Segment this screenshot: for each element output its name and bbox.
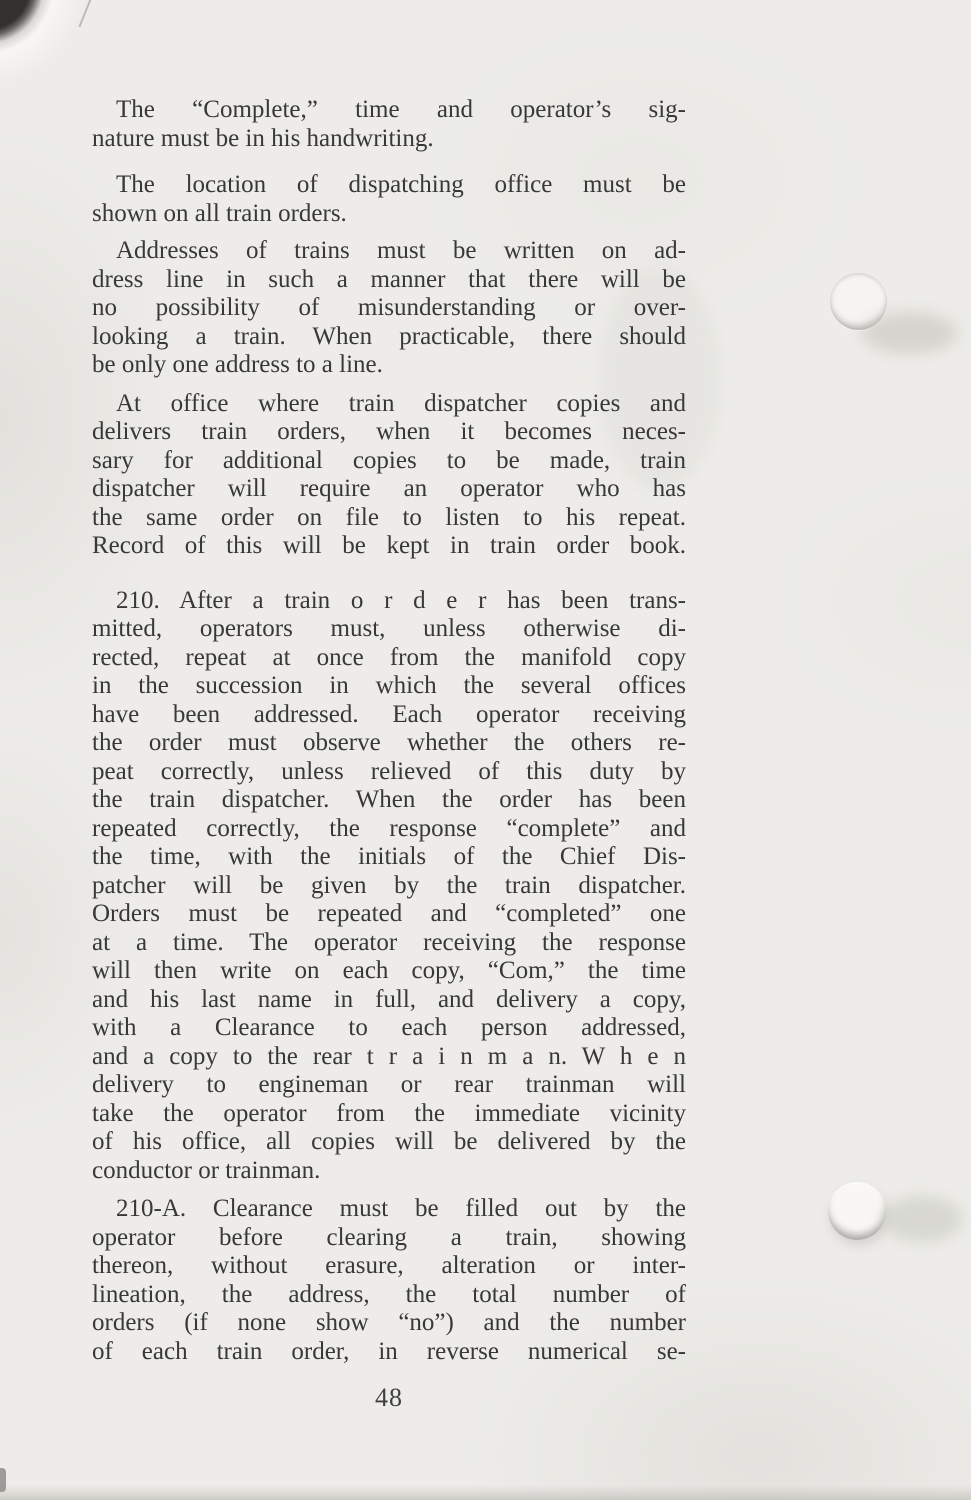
text-line: will then write on each copy, “Com,” the… — [92, 957, 686, 986]
text-line: thereon, without erasure, alteration or … — [92, 1252, 686, 1281]
text-line: with a Clearance to each person addresse… — [92, 1014, 686, 1043]
paragraph-complete-signature: The “Complete,” time and operator’s sig-… — [92, 96, 686, 153]
paragraph-dispatcher-copies: At office where train dispatcher copies … — [92, 390, 686, 561]
text-line: shown on all train orders. — [92, 200, 686, 229]
text-line: sary for additional copies to be made, t… — [92, 447, 686, 476]
text-line: nature must be in his handwriting. — [92, 125, 686, 154]
paper-smudge — [862, 312, 957, 354]
text-line: Record of this will be kept in train ord… — [92, 532, 686, 561]
text-line: the train dispatcher. When the order has… — [92, 786, 686, 815]
text-line: looking a train. When practicable, there… — [92, 323, 686, 352]
text-line: dress line in such a manner that there w… — [92, 266, 686, 295]
text-line: patcher will be given by the train dispa… — [92, 872, 686, 901]
text-line: operator before clearing a train, showin… — [92, 1224, 686, 1253]
text-line: in the succession in which the several o… — [92, 672, 686, 701]
page-number: 48 — [92, 1384, 686, 1413]
text-line: rected, repeat at once from the manifold… — [92, 644, 686, 673]
text-line: no possibility of misunderstanding or ov… — [92, 294, 686, 323]
text-line: of his office, all copies will be delive… — [92, 1128, 686, 1157]
text-line: and a copy to the rear t r a i n m a n. … — [92, 1043, 686, 1072]
text-line: The location of dispatching office must … — [92, 171, 686, 200]
text-line: dispatcher will require an operator who … — [92, 475, 686, 504]
text-line: The “Complete,” time and operator’s sig- — [92, 96, 686, 125]
paper-smudge — [882, 1196, 962, 1242]
paragraph-rule-210-a: 210-A. Clearance must be filled out by t… — [92, 1195, 686, 1366]
page-edge-nick — [0, 1468, 6, 1492]
text-line: the same order on file to listen to his … — [92, 504, 686, 533]
text-line: take the operator from the immediate vic… — [92, 1100, 686, 1129]
text-line: lineation, the address, the total number… — [92, 1281, 686, 1310]
binder-punch-hole-top — [830, 273, 887, 330]
paragraph-addresses-of-trains: Addresses of trains must be written on a… — [92, 237, 686, 380]
text-line: Orders must be repeated and “completed” … — [92, 900, 686, 929]
text-line: the order must observe whether the other… — [92, 729, 686, 758]
paragraph-dispatching-office: The location of dispatching office must … — [92, 171, 686, 228]
text-line: delivers train orders, when it becomes n… — [92, 418, 686, 447]
text-line: 210. After a train o r d e r has been tr… — [92, 587, 686, 616]
text-line: repeated correctly, the response “comple… — [92, 815, 686, 844]
text-line: at a time. The operator receiving the re… — [92, 929, 686, 958]
text-line: 210-A. Clearance must be filled out by t… — [92, 1195, 686, 1224]
text-line: be only one address to a line. — [92, 351, 686, 380]
text-line: of each train order, in reverse numerica… — [92, 1338, 686, 1367]
text-line: the time, with the initials of the Chief… — [92, 843, 686, 872]
text-line: orders (if none show “no”) and the numbe… — [92, 1309, 686, 1338]
binder-punch-hole-bottom — [828, 1182, 886, 1240]
text-line: conductor or trainman. — [92, 1157, 686, 1186]
text-line: Addresses of trains must be written on a… — [92, 237, 686, 266]
text-line: and his last name in full, and delivery … — [92, 986, 686, 1015]
text-line: At office where train dispatcher copies … — [92, 390, 686, 419]
paragraph-rule-210: 210. After a train o r d e r has been tr… — [92, 587, 686, 1186]
scratch-mark — [78, 0, 91, 27]
scanned-page: { "colors": { "paper": "#edece8", "ink":… — [0, 0, 971, 1500]
text-line: have been addressed. Each operator recei… — [92, 701, 686, 730]
text-line: mitted, operators must, unless otherwise… — [92, 615, 686, 644]
page-text: The “Complete,” time and operator’s sig-… — [92, 0, 686, 1413]
text-line: delivery to engineman or rear trainman w… — [92, 1071, 686, 1100]
text-line: peat correctly, unless relieved of this … — [92, 758, 686, 787]
